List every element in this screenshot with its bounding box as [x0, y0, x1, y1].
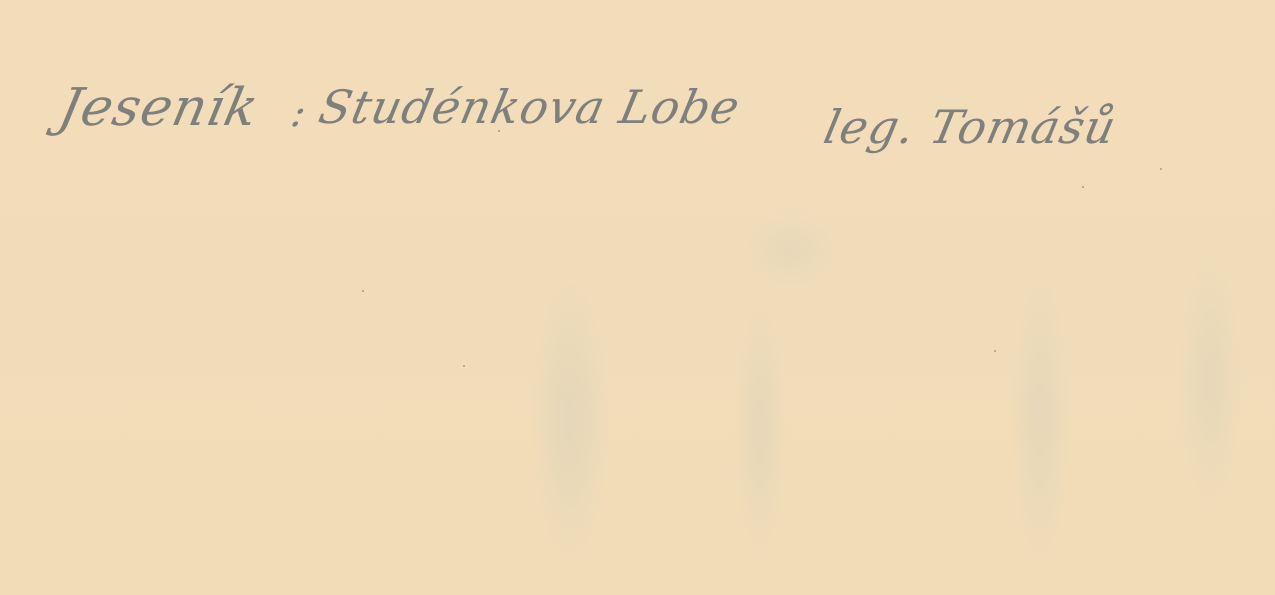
paper-speck: [994, 350, 996, 352]
paper-speck: [498, 130, 500, 132]
locality-label: Jeseník: [54, 78, 264, 138]
paper-speck: [362, 290, 364, 292]
paper-speck: [1160, 168, 1162, 170]
collector-note: leg. Tomášů: [819, 100, 1121, 154]
paper-speck: [1082, 186, 1084, 188]
paper-speck: [463, 365, 465, 367]
locality-name: Studénkova Lobe: [314, 80, 745, 134]
